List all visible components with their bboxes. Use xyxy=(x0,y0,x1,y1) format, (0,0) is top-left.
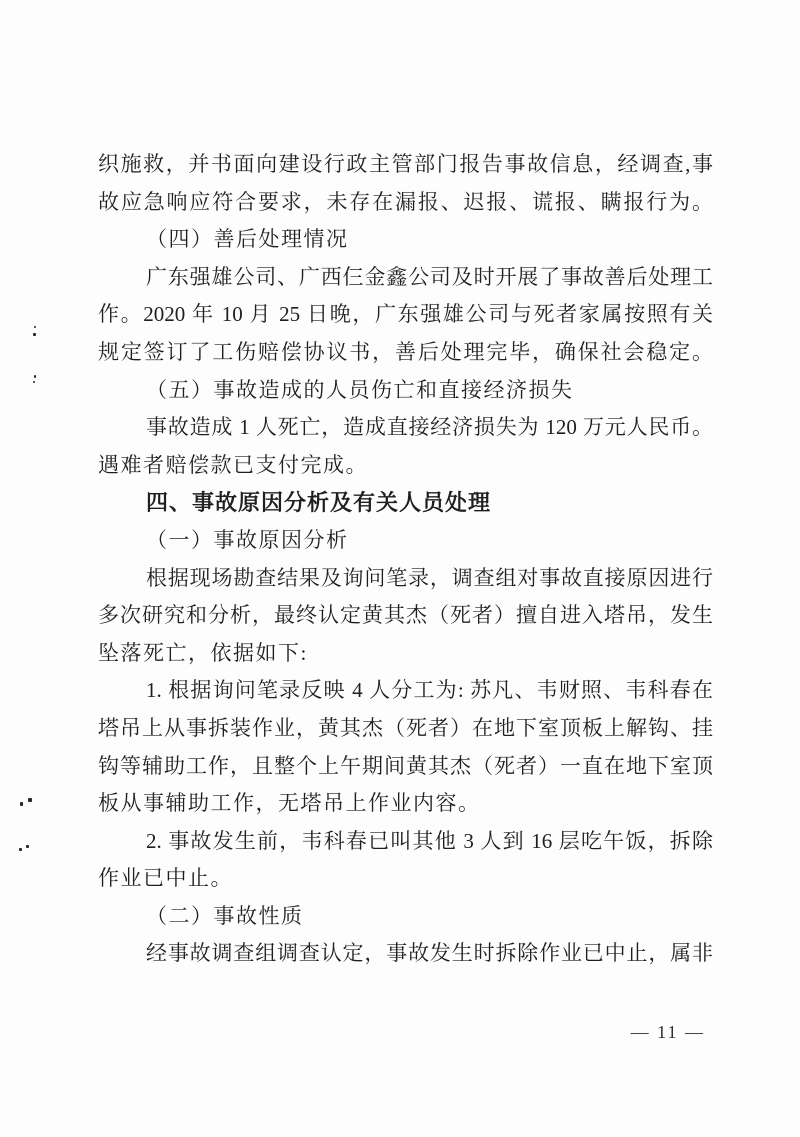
text-line: 根据现场勘查结果及询问笔录，调查组对事故直接原因进行 xyxy=(98,560,713,598)
text-line: （一）事故原因分析 xyxy=(98,522,713,560)
text-line: 经事故调查组调查认定，事故发生时拆除作业已中止，属非 xyxy=(98,935,713,973)
document-page: 织施救，并书面向建设行政主管部门报告事故信息，经调查,事故应急响应符合要求，未存… xyxy=(0,0,800,1137)
text-line: 板从事辅助工作，无塔吊上作业内容。 xyxy=(98,785,713,823)
text-line: 作业已中止。 xyxy=(98,860,713,898)
scan-speck xyxy=(34,326,36,328)
text-line: （五）事故造成的人员伤亡和直接经济损失 xyxy=(98,372,713,410)
text-line: 规定签订了工伤赔偿协议书，善后处理完毕，确保社会稳定。 xyxy=(98,334,713,372)
text-line: 事故造成 1 人死亡，造成直接经济损失为 120 万元人民币。 xyxy=(98,409,713,447)
scan-speck xyxy=(33,333,36,336)
text-line: 广东强雄公司、广西仨金鑫公司及时开展了事故善后处理工 xyxy=(98,259,713,297)
text-line: 塔吊上从事拆装作业，黄其杰（死者）在地下室顶板上解钩、挂 xyxy=(98,710,713,748)
text-line: （四）善后处理情况 xyxy=(98,221,713,259)
scan-speck xyxy=(19,848,22,851)
text-line: 1. 根据询问笔录反映 4 人分工为: 苏凡、韦财照、韦科春在 xyxy=(98,672,713,710)
text-line: 遇难者赔偿款已支付完成。 xyxy=(98,447,713,485)
text-line: （二）事故性质 xyxy=(98,898,713,936)
scan-speck xyxy=(28,798,32,802)
text-line: 织施救，并书面向建设行政主管部门报告事故信息，经调查,事 xyxy=(98,146,713,184)
scan-speck xyxy=(26,845,29,848)
section-heading: 四、事故原因分析及有关人员处理 xyxy=(98,484,713,522)
text-line: 坠落死亡，依据如下: xyxy=(98,635,713,673)
text-line: 钩等辅助工作，且整个上午期间黄其杰（死者）一直在地下室顶 xyxy=(98,748,713,786)
text-line: 多次研究和分析，最终认定黄其杰（死者）擅自进入塔吊，发生 xyxy=(98,597,713,635)
scan-speck xyxy=(33,381,35,383)
page-number: — 11 — xyxy=(631,1022,705,1043)
document-body: 织施救，并书面向建设行政主管部门报告事故信息，经调查,事故应急响应符合要求，未存… xyxy=(98,146,713,973)
text-line: 故应急响应符合要求，未存在漏报、迟报、谎报、瞒报行为。 xyxy=(98,184,713,222)
scan-speck xyxy=(34,375,36,378)
scan-speck xyxy=(20,802,23,806)
text-line: 2. 事故发生前，韦科春已叫其他 3 人到 16 层吃午饭，拆除 xyxy=(98,823,713,861)
text-line: 作。2020 年 10 月 25 日晚，广东强雄公司与死者家属按照有关 xyxy=(98,296,713,334)
